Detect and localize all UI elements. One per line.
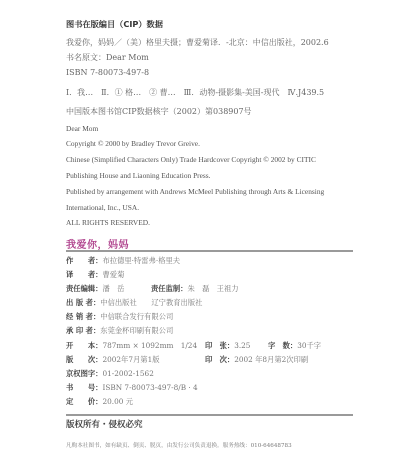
- detail-format: 开 本：787mm × 1092mm 1/24: [66, 341, 197, 351]
- supervisor-value: 朱 磊 王祖力: [187, 284, 238, 293]
- supervisor-label: 责任监制：: [151, 284, 187, 294]
- copyright-line-4: Published by arrangement with Andrews Mc…: [66, 187, 324, 196]
- edition-value: 2002年7月第1版: [102, 355, 159, 364]
- publisher-value: 中信出版社 辽宁教育出版社: [100, 298, 202, 307]
- detail-translator: 译 者：曹爱菊: [66, 270, 124, 280]
- license-label: 京权图字：: [66, 369, 102, 379]
- distributor-label: 经 销 者：: [66, 312, 100, 322]
- detail-edition: 版 次：2002年7月第1版: [66, 355, 160, 365]
- detail-words: 字 数：30千字: [268, 341, 321, 351]
- detail-price: 定 价：20.00 元: [66, 397, 133, 407]
- copyright-line-3: Publishing House and Liaoning Education …: [66, 171, 211, 180]
- editor-label: 责任编辑：: [66, 284, 102, 294]
- printer-label: 承 印 者：: [66, 326, 100, 336]
- translator-label: 译 者：: [66, 270, 102, 280]
- author-label: 作 者：: [66, 256, 102, 266]
- detail-editor: 责任编辑：潘 岳: [66, 284, 124, 294]
- book-title: 我爱你，妈妈: [66, 236, 129, 251]
- divider-bottom: [66, 414, 353, 416]
- detail-author: 作 者：布拉德里·特雷弗·格里夫: [66, 256, 180, 266]
- words-label: 字 数：: [268, 341, 297, 351]
- detail-supervisor: 责任监制：朱 磊 王祖力: [151, 284, 239, 294]
- detail-publisher: 出 版 者：中信出版社 辽宁教育出版社: [66, 298, 202, 308]
- copyright-line-2: Chinese (Simplified Characters Only) Tra…: [66, 155, 316, 164]
- format-label: 开 本：: [66, 341, 102, 351]
- cip-line-1: 我爱你，妈妈／（美）格里夫摄；曹爱菊译．-北京：中信出版社，2002.6: [66, 37, 329, 48]
- price-value: 20.00 元: [102, 397, 133, 406]
- price-label: 定 价：: [66, 397, 102, 407]
- distributor-value: 中信联合发行有限公司: [100, 312, 173, 321]
- printing-label: 印 次：: [205, 355, 234, 365]
- detail-printer: 承 印 者：东莞金杯印刷有限公司: [66, 326, 173, 336]
- divider-top: [66, 250, 353, 252]
- license-value: 01-2002-1562: [102, 369, 153, 378]
- cip-record: 中国版本图书馆CIP数据核字（2002）第038907号: [66, 106, 252, 117]
- copyright-line-5: International, Inc., USA.: [66, 203, 139, 212]
- editor-value: 潘 岳: [102, 284, 124, 293]
- book-number-label: 书 号：: [66, 383, 102, 393]
- publisher-label: 出 版 者：: [66, 298, 100, 308]
- detail-printing: 印 次：2002 年8月第2次印刷: [205, 355, 308, 365]
- rights-notice: 凡购本社图书，如有缺页、倒页、脱页，由发行公司负责退换。服务热线：010-646…: [66, 441, 292, 449]
- cip-line-2: 书名原文：Dear Mom: [66, 52, 149, 63]
- words-value: 30千字: [297, 341, 321, 350]
- detail-license: 京权图字：01-2002-1562: [66, 369, 154, 379]
- copyright-line-1: Copyright © 2000 by Bradley Trevor Greiv…: [66, 139, 200, 148]
- translator-value: 曹爱菊: [102, 270, 124, 279]
- printing-value: 2002 年8月第2次印刷: [234, 355, 308, 364]
- printer-value: 东莞金杯印刷有限公司: [100, 326, 173, 335]
- detail-sheets: 印 张：3.25: [205, 341, 250, 351]
- sheets-label: 印 张：: [205, 341, 234, 351]
- edition-label: 版 次：: [66, 355, 102, 365]
- cip-isbn: ISBN 7-80073-497-8: [66, 68, 149, 77]
- book-number-value: ISBN 7-80073-497-8/B · 4: [102, 383, 197, 392]
- rights-title: 版权所有・侵权必究: [66, 418, 143, 430]
- original-title: Dear Mom: [66, 124, 98, 133]
- sheets-value: 3.25: [234, 341, 250, 350]
- cip-heading: 图书在版编目（CIP）数据: [66, 19, 163, 30]
- cip-classification: Ⅰ．我… Ⅱ．① 格… ② 曹… Ⅲ．动物-摄影集-美国-现代 Ⅳ.J439.5: [66, 87, 324, 98]
- detail-book-number: 书 号：ISBN 7-80073-497-8/B · 4: [66, 383, 198, 393]
- author-value: 布拉德里·特雷弗·格里夫: [102, 256, 180, 265]
- detail-distributor: 经 销 者：中信联合发行有限公司: [66, 312, 173, 322]
- copyright-line-6: ALL RIGHTS RESERVED.: [66, 218, 150, 227]
- format-value: 787mm × 1092mm 1/24: [102, 341, 197, 350]
